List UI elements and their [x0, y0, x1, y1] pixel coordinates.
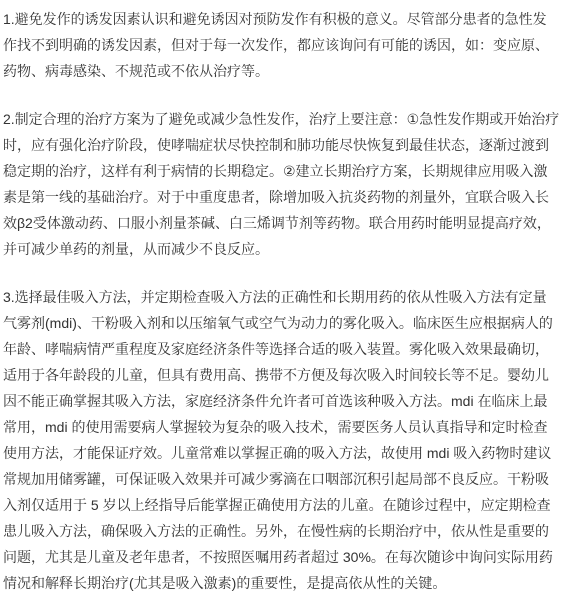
paragraph-treatment-plan: 2.制定合理的治疗方案为了避免或减少急性发作，治疗上要注意：①急性发作期或开始治… — [3, 106, 560, 262]
text-document: 1.避免发作的诱发因素认识和避免诱因对预防发作有积极的意义。尽管部分患者的急性发… — [0, 0, 564, 591]
paragraph-avoid-triggers: 1.避免发作的诱发因素认识和避免诱因对预防发作有积极的意义。尽管部分患者的急性发… — [3, 6, 560, 84]
paragraph-inhalation-method: 3.选择最佳吸入方法，并定期检查吸入方法的正确性和长期用药的依从性吸入方法有定量… — [3, 284, 560, 591]
